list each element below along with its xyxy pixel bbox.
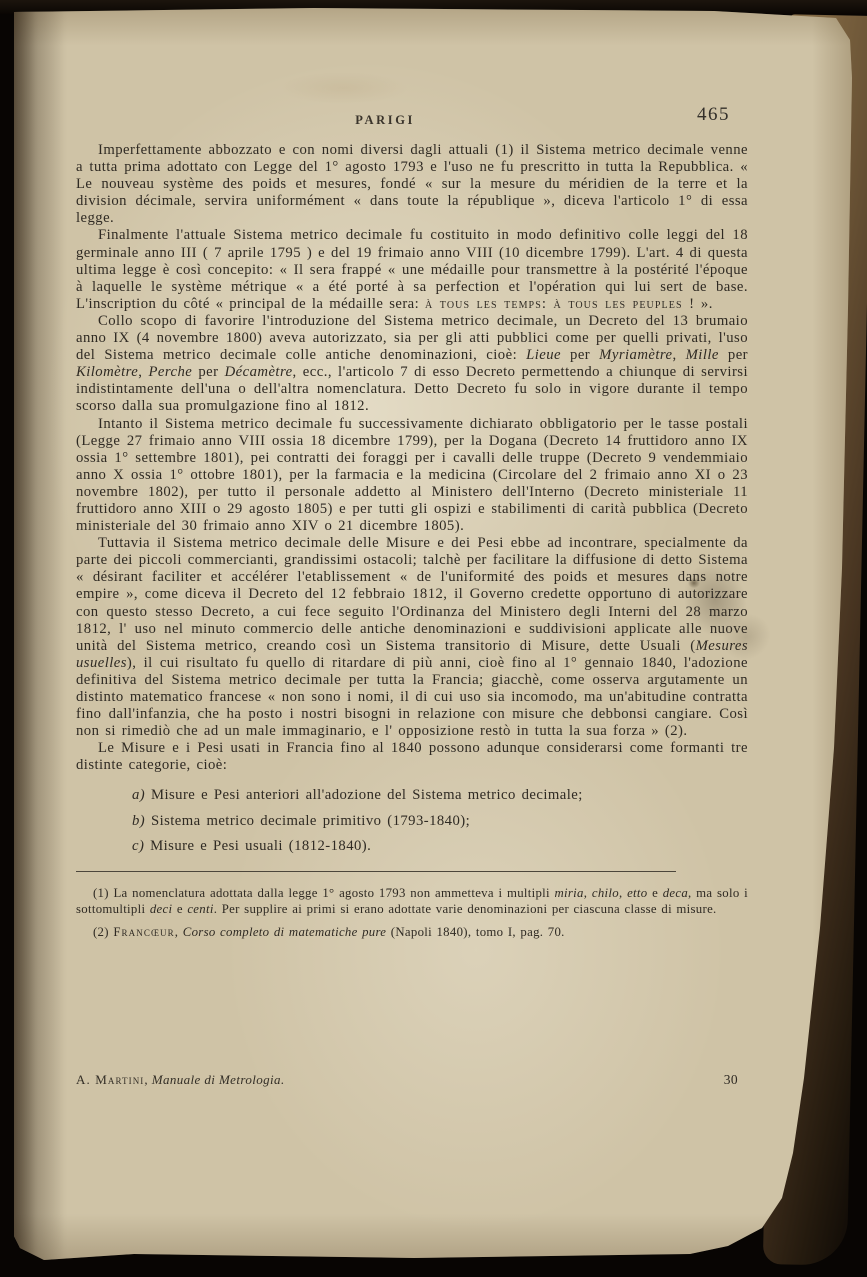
text-segment: miria — [555, 886, 584, 900]
paragraph: Le Misure e i Pesi usati in Francia fino… — [76, 740, 748, 774]
text-segment: c) — [132, 838, 144, 854]
running-head-title: PARIGI — [355, 113, 415, 128]
footnote: (2) Francœur, Corso completo di matemati… — [76, 924, 748, 941]
list-item: b) Sistema metrico decimale primitivo (1… — [76, 813, 748, 830]
text-segment: Misure e Pesi anteriori all'adozione del… — [145, 787, 583, 803]
paragraph: Collo scopo di favorire l'introduzione d… — [76, 313, 748, 416]
text-segment: , — [619, 886, 627, 900]
gutter-shadow — [14, 8, 68, 1264]
text-segment: Francœur — [113, 925, 174, 939]
footnote-divider — [76, 871, 676, 872]
text-segment: ), il cui risultato fu quello di ritarda… — [76, 655, 748, 739]
paragraph: Finalmente l'attuale Sistema metrico dec… — [76, 227, 748, 312]
text-segment: etto — [627, 886, 647, 900]
text-segment: , — [144, 1072, 151, 1087]
footnotes: (1) La nomenclatura adottata dalla legge… — [76, 885, 748, 941]
text-segment: Corso completo di matematiche pure — [183, 925, 387, 939]
text-segment: Mille — [686, 347, 719, 363]
text-segment: Tuttavia il Sistema metrico decimale del… — [76, 535, 748, 654]
paragraph: Tuttavia il Sistema metrico decimale del… — [76, 535, 748, 740]
text-segment: b) — [132, 813, 145, 829]
page-footer: A. Martini, Manuale di Metrologia. 30 — [76, 1072, 748, 1088]
text-segment: Manuale di Metrologia. — [152, 1072, 285, 1087]
text-segment: chilo — [592, 886, 619, 900]
text-segment: , — [672, 347, 685, 363]
list-item: c) Misure e Pesi usuali (1812-1840). — [76, 838, 748, 855]
text-segment: per — [561, 347, 599, 363]
text-segment: à tous les temps: à tous les peuples ! — [425, 296, 695, 312]
text-segment: a) — [132, 787, 145, 803]
text-segment: Lieue — [526, 347, 561, 363]
text-segment: Décamètre — [225, 364, 293, 380]
text-segment: Misure e Pesi usuali (1812-1840). — [144, 838, 371, 854]
paragraph: Imperfettamente abbozzato e con nomi div… — [76, 142, 748, 227]
text-segment: , — [175, 925, 183, 939]
text-segment: per — [192, 364, 224, 380]
footer-credit: A. Martini, Manuale di Metrologia. — [76, 1072, 285, 1088]
page-number: 465 — [697, 104, 730, 126]
text-segment: . Per supplire ai primi si erano adottat… — [214, 902, 717, 916]
text-segment: centi — [187, 902, 213, 916]
text-segment: ». — [695, 296, 713, 312]
footer-sheet-number: 30 — [724, 1072, 748, 1088]
scanned-page: PARIGI 465 Imperfettamente abbozzato e c… — [14, 8, 854, 1264]
text-segment: , — [584, 886, 592, 900]
text-segment: A. Martini — [76, 1072, 144, 1087]
text-segment: (2) — [93, 925, 113, 939]
text-segment: (1) La nomenclatura adottata dalla legge… — [93, 886, 555, 900]
text-segment: Kilomètre — [76, 364, 138, 380]
footnote: (1) La nomenclatura adottata dalla legge… — [76, 885, 748, 918]
text-segment: deca — [663, 886, 688, 900]
body-text: Imperfettamente abbozzato e con nomi div… — [76, 142, 748, 947]
text-segment: Imperfettamente abbozzato e con nomi div… — [76, 142, 748, 226]
running-head: PARIGI 465 — [76, 104, 748, 134]
text-segment: e — [647, 886, 662, 900]
text-segment: Myriamètre — [599, 347, 672, 363]
category-list: a) Misure e Pesi anteriori all'adozione … — [76, 787, 748, 854]
list-item: a) Misure e Pesi anteriori all'adozione … — [76, 787, 748, 804]
text-segment: Intanto il Sistema metrico decimale fu s… — [76, 416, 748, 535]
text-segment: e — [172, 902, 187, 916]
text-segment: per — [719, 347, 748, 363]
text-segment: Perche — [149, 364, 193, 380]
text-segment: , — [138, 364, 148, 380]
text-segment: Le Misure e i Pesi usati in Francia fino… — [76, 740, 748, 773]
text-segment: Sistema metrico decimale primitivo (1793… — [145, 813, 470, 829]
text-segment: (Napoli 1840), tomo I, pag. 70. — [386, 925, 564, 939]
text-segment: deci — [150, 902, 173, 916]
paragraph: Intanto il Sistema metrico decimale fu s… — [76, 416, 748, 536]
page-stain — [264, 68, 424, 108]
